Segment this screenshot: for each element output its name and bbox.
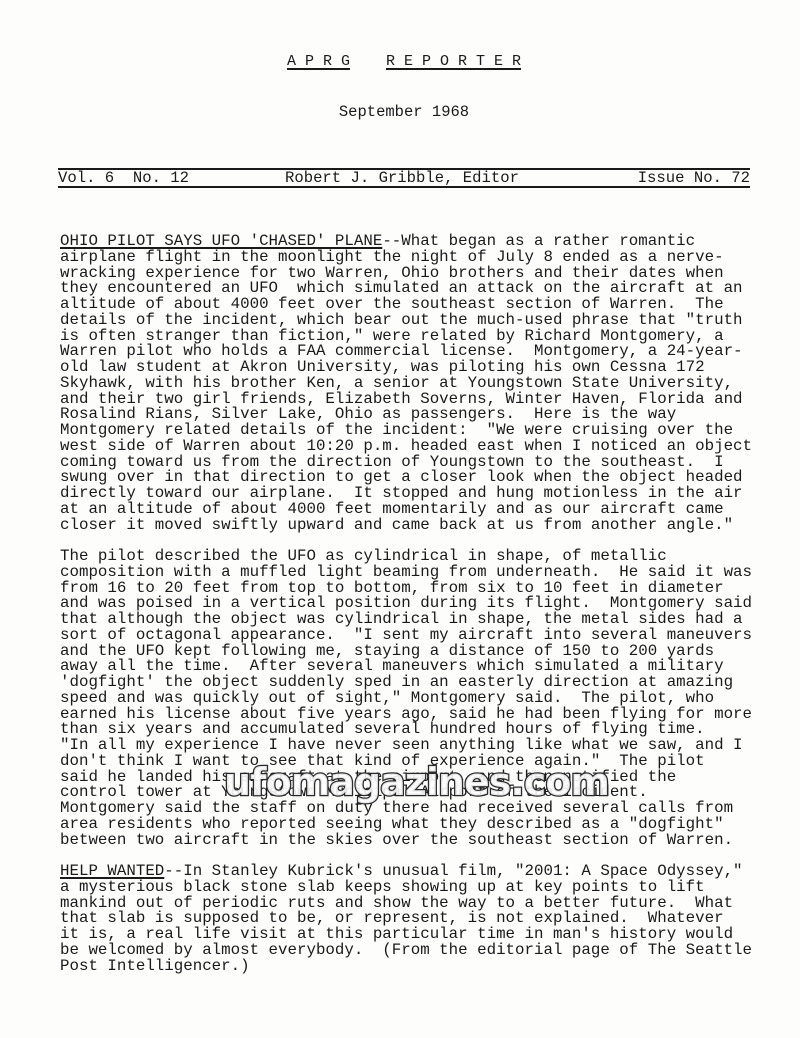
article-body: OHIO PILOT SAYS UFO 'CHASED' PLANE--What… — [60, 234, 780, 990]
article-line: Post Intelligencer.) — [60, 959, 780, 975]
issue-info-bar: Vol. 6 No. 12 Robert J. Gribble, Editor … — [58, 168, 750, 188]
article-ohio-pilot-paragraph-1: OHIO PILOT SAYS UFO 'CHASED' PLANE--What… — [60, 234, 780, 533]
masthead-title-aprg: A P R G — [287, 53, 350, 70]
article-line: closer it moved swiftly upward and came … — [60, 518, 780, 534]
article-help-wanted: HELP WANTED--In Stanley Kubrick's unusua… — [60, 864, 780, 974]
article-line: between two aircraft in the skies over t… — [60, 833, 780, 849]
site-watermark: ufomagazines.com — [224, 762, 609, 802]
editor-credit: Robert J. Gribble, Editor — [285, 170, 519, 186]
volume-number: Vol. 6 No. 12 — [58, 170, 189, 186]
masthead-title-spacer — [350, 53, 386, 70]
masthead-title: A P R G R E P O R T E R — [0, 52, 800, 72]
newsletter-page: A P R G R E P O R T E R September 1968 V… — [0, 0, 800, 1038]
issue-number: Issue No. 72 — [638, 170, 750, 186]
issue-date: September 1968 — [0, 102, 800, 122]
masthead-title-reporter: R E P O R T E R — [386, 53, 521, 70]
